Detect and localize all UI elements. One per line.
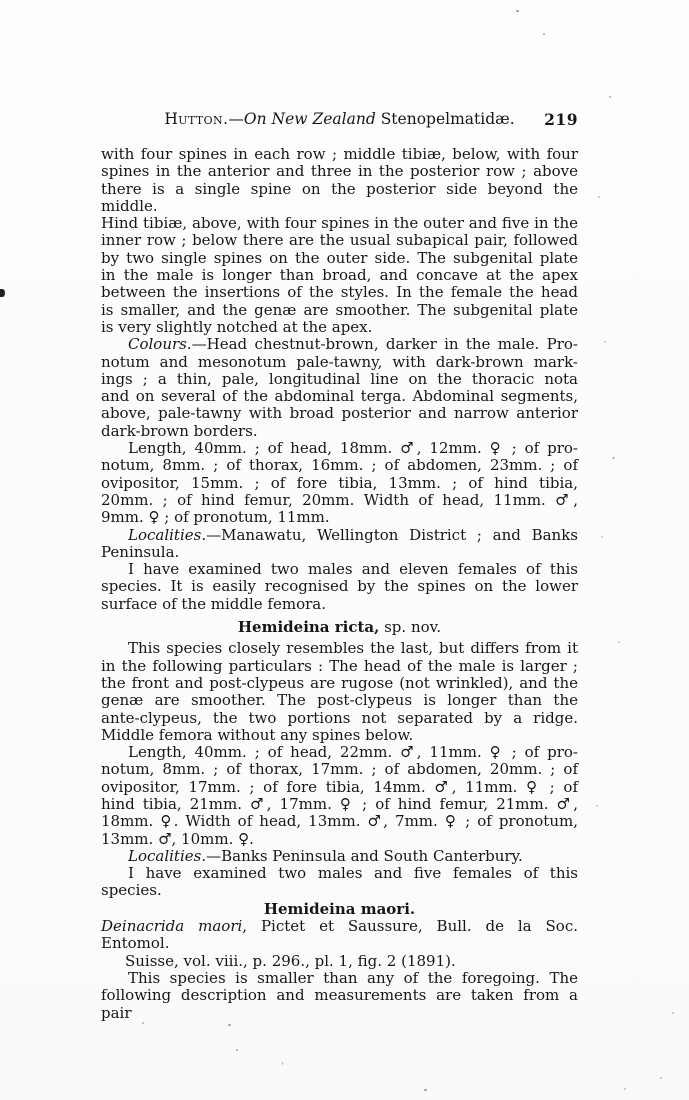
paragraph: Length, 40mm. ; of head, 22mm. ♂, 11mm. … bbox=[101, 744, 578, 848]
text-line: Hind tibiæ, above, with four spines in t… bbox=[101, 215, 578, 232]
paragraph: I have examined two males and eleven fem… bbox=[101, 561, 578, 613]
scan-speckle bbox=[282, 1062, 283, 1065]
text-line: Localities.—Banks Peninsula and South Ca… bbox=[101, 848, 578, 865]
text-line: This species is smaller than any of the … bbox=[101, 970, 578, 987]
text-line: species. It is easily recognised by the … bbox=[101, 578, 578, 595]
text-line: dark-brown borders. bbox=[101, 423, 578, 440]
text-line: Localities.—Manawatu, Wellington Distric… bbox=[101, 527, 578, 544]
scan-speckle bbox=[228, 1024, 231, 1026]
text-line: notum, 8mm. ; of thorax, 17mm. ; of abdo… bbox=[101, 761, 578, 778]
text-line: in the male is longer than broad, and co… bbox=[101, 267, 578, 284]
title-roman: Stenopelmatidæ. bbox=[376, 110, 515, 128]
paragraph: This species closely resembles the last,… bbox=[101, 640, 578, 744]
paragraph: This species is smaller than any of the … bbox=[101, 970, 578, 1022]
species-heading: Hemideina maori. bbox=[101, 901, 578, 918]
text-line: species. bbox=[101, 882, 578, 899]
paragraph: with four spines in each row ; middle ti… bbox=[101, 146, 578, 336]
page-header: Hutton.—On New Zealand Stenopelmatidæ. 2… bbox=[101, 110, 578, 132]
title-separator: — bbox=[228, 110, 244, 128]
scan-speckle bbox=[543, 33, 545, 35]
text-line: 9mm. ♀ ; of pronotum, 11mm. bbox=[101, 509, 578, 526]
scanned-page: Hutton.—On New Zealand Stenopelmatidæ. 2… bbox=[0, 0, 689, 1100]
text-line: the front and post-clypeus are rugose (n… bbox=[101, 675, 578, 692]
author-name: Hutton. bbox=[164, 110, 228, 128]
text-line: between the insertions of the styles. In… bbox=[101, 284, 578, 301]
text-line: Length, 40mm. ; of head, 22mm. ♂, 11mm. … bbox=[101, 744, 578, 761]
text-line: Suisse, vol. viii., p. 296., pl. 1, fig.… bbox=[101, 953, 578, 970]
text-line: ings ; a thin, pale, longitudinal line o… bbox=[101, 371, 578, 388]
species-heading: Hemideina ricta, sp. nov. bbox=[101, 619, 578, 636]
text-line: ovipositor, 17mm. ; of fore tibia, 14mm.… bbox=[101, 779, 578, 796]
scan-speckle bbox=[516, 10, 519, 12]
scan-blot bbox=[0, 289, 5, 297]
text-line: Deinacrida maori, Pictet et Saussure, Bu… bbox=[101, 918, 578, 953]
scan-speckle bbox=[601, 536, 603, 538]
paragraph: Colours.—Head chestnut-brown, darker in … bbox=[101, 336, 578, 440]
scan-speckle bbox=[624, 1088, 626, 1090]
text-line: by two single spines on the outer side. … bbox=[101, 250, 578, 267]
text-line: Peninsula. bbox=[101, 544, 578, 561]
title-italic: On New Zealand bbox=[244, 110, 376, 128]
text-line: spines in the anterior and three in the … bbox=[101, 163, 578, 180]
running-title: Hutton.—On New Zealand Stenopelmatidæ. bbox=[101, 110, 578, 128]
citation: Deinacrida maori, Pictet et Saussure, Bu… bbox=[101, 918, 578, 970]
text-line: 13mm. ♂, 10mm. ♀. bbox=[101, 831, 578, 848]
text-line: surface of the middle femora. bbox=[101, 596, 578, 613]
scan-speckle bbox=[424, 1089, 427, 1091]
text-line: in the following particulars : The head … bbox=[101, 658, 578, 675]
scan-speckle bbox=[236, 1049, 238, 1051]
paragraph: Length, 40mm. ; of head, 18mm. ♂, 12mm. … bbox=[101, 440, 578, 526]
text-line: Hemideina maori. bbox=[101, 901, 578, 918]
text-line: Length, 40mm. ; of head, 18mm. ♂, 12mm. … bbox=[101, 440, 578, 457]
text-line: above, pale-tawny with broad posterior a… bbox=[101, 405, 578, 422]
text-line: I have examined two males and eleven fem… bbox=[101, 561, 578, 578]
text-line: inner row ; below there are the usual su… bbox=[101, 232, 578, 249]
text-line: notum, 8mm. ; of thorax, 16mm. ; of abdo… bbox=[101, 457, 578, 474]
paragraph: Localities.—Banks Peninsula and South Ca… bbox=[101, 848, 578, 865]
text-line: and on several of the abdominal terga. A… bbox=[101, 388, 578, 405]
scan-speckle bbox=[142, 1022, 144, 1024]
scan-speckle bbox=[604, 341, 606, 343]
text-line: genæ are smoother. The post-clypeus is l… bbox=[101, 692, 578, 709]
scan-speckle bbox=[609, 96, 611, 98]
text-line: ante-clypeus, the two portions not separ… bbox=[101, 710, 578, 727]
text-line: notum and mesonotum pale-tawny, with dar… bbox=[101, 354, 578, 371]
scan-speckle bbox=[596, 805, 598, 807]
scan-speckle bbox=[660, 1077, 662, 1079]
page-body: with four spines in each row ; middle ti… bbox=[101, 146, 578, 1022]
text-line: with four spines in each row ; middle ti… bbox=[101, 146, 578, 163]
paragraph: Localities.—Manawatu, Wellington Distric… bbox=[101, 527, 578, 562]
text-line: This species closely resembles the last,… bbox=[101, 640, 578, 657]
paragraph: I have examined two males and five femal… bbox=[101, 865, 578, 900]
text-line: 20mm. ; of hind femur, 20mm. Width of he… bbox=[101, 492, 578, 509]
scan-speckle bbox=[598, 196, 600, 198]
scan-speckle bbox=[672, 1012, 674, 1014]
scan-speckle bbox=[618, 641, 620, 643]
text-line: there is a single spine on the posterior… bbox=[101, 181, 578, 216]
text-line: Hemideina ricta, sp. nov. bbox=[101, 619, 578, 636]
text-line: Colours.—Head chestnut-brown, darker in … bbox=[101, 336, 578, 353]
text-line: is very slightly notched at the apex. bbox=[101, 319, 578, 336]
scan-speckle bbox=[612, 457, 615, 459]
text-line: 18mm. ♀. Width of head, 13mm. ♂, 7mm. ♀ … bbox=[101, 813, 578, 830]
text-line: ovipositor, 15mm. ; of fore tibia, 13mm.… bbox=[101, 475, 578, 492]
text-line: Middle femora without any spines below. bbox=[101, 727, 578, 744]
text-line: I have examined two males and five femal… bbox=[101, 865, 578, 882]
text-line: hind tibia, 21mm. ♂, 17mm. ♀ ; of hind f… bbox=[101, 796, 578, 813]
text-line: is smaller, and the genæ are smoother. T… bbox=[101, 302, 578, 319]
text-line: following description and measurements a… bbox=[101, 987, 578, 1022]
page-number: 219 bbox=[544, 110, 578, 129]
